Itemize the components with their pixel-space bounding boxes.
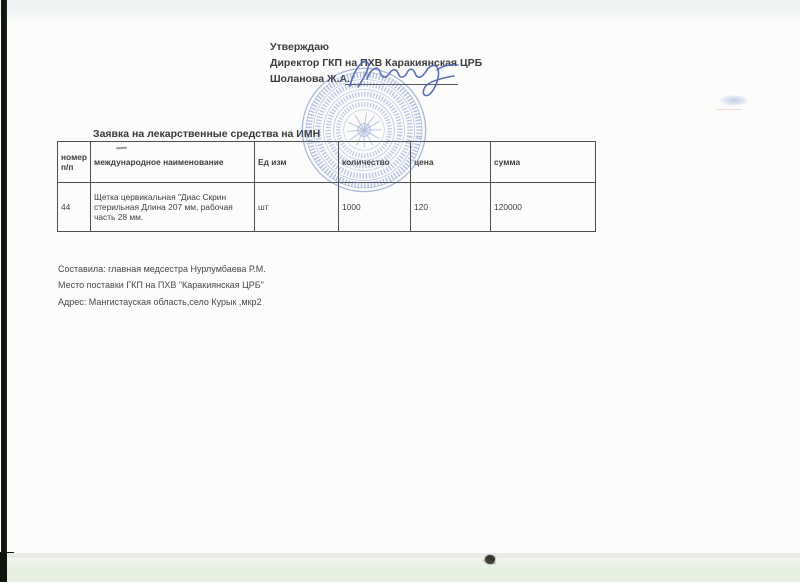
request-table: номер п/п международное наименование Ед …	[57, 141, 596, 232]
table-row: 44 Щетка цервикальная "Диас Скрин стерил…	[58, 183, 596, 232]
approval-director: Директор ГКП на ПХВ Каракиянская ЦРБ	[270, 55, 482, 71]
delivery-place-line: Место поставки ГКП на ПХВ "Каракиянская …	[58, 277, 266, 293]
scan-left-edge	[1, 0, 7, 582]
ink-smudge	[720, 95, 748, 106]
page-title: Заявка на лекарственные средства на ИМН	[93, 128, 320, 140]
address-line: Адрес: Мангистауская область,село Курык …	[58, 294, 266, 310]
composed-by-line: Составила: главная медсестра Нурлумбаева…	[58, 261, 266, 277]
cell-number: 44	[58, 183, 91, 232]
cell-unit: шт	[255, 183, 339, 232]
signature-underline	[345, 84, 458, 85]
scan-bottom-green-band	[7, 558, 800, 582]
col-price: цена	[411, 142, 491, 183]
col-number: номер п/п	[58, 142, 91, 183]
scan-top-band	[0, 0, 800, 22]
cell-sum: 120000	[491, 183, 596, 232]
col-unit: Ед изм	[255, 142, 339, 183]
scanned-document: Утверждаю Директор ГКП на ПХВ Каракиянск…	[0, 0, 800, 582]
cell-name: Щетка цервикальная "Диас Скрин стерильна…	[91, 183, 255, 232]
table-header-row: номер п/п международное наименование Ед …	[58, 142, 596, 183]
faint-pen-line	[716, 109, 742, 110]
cell-price: 120	[411, 183, 491, 232]
cell-quantity: 1000	[339, 183, 411, 232]
approval-word: Утверждаю	[270, 39, 482, 55]
col-quantity: количество	[339, 142, 411, 183]
footer-notes: Составила: главная медсестра Нурлумбаева…	[58, 261, 266, 310]
col-sum: сумма	[491, 142, 596, 183]
approval-block: Утверждаю Директор ГКП на ПХВ Каракиянск…	[270, 39, 482, 87]
